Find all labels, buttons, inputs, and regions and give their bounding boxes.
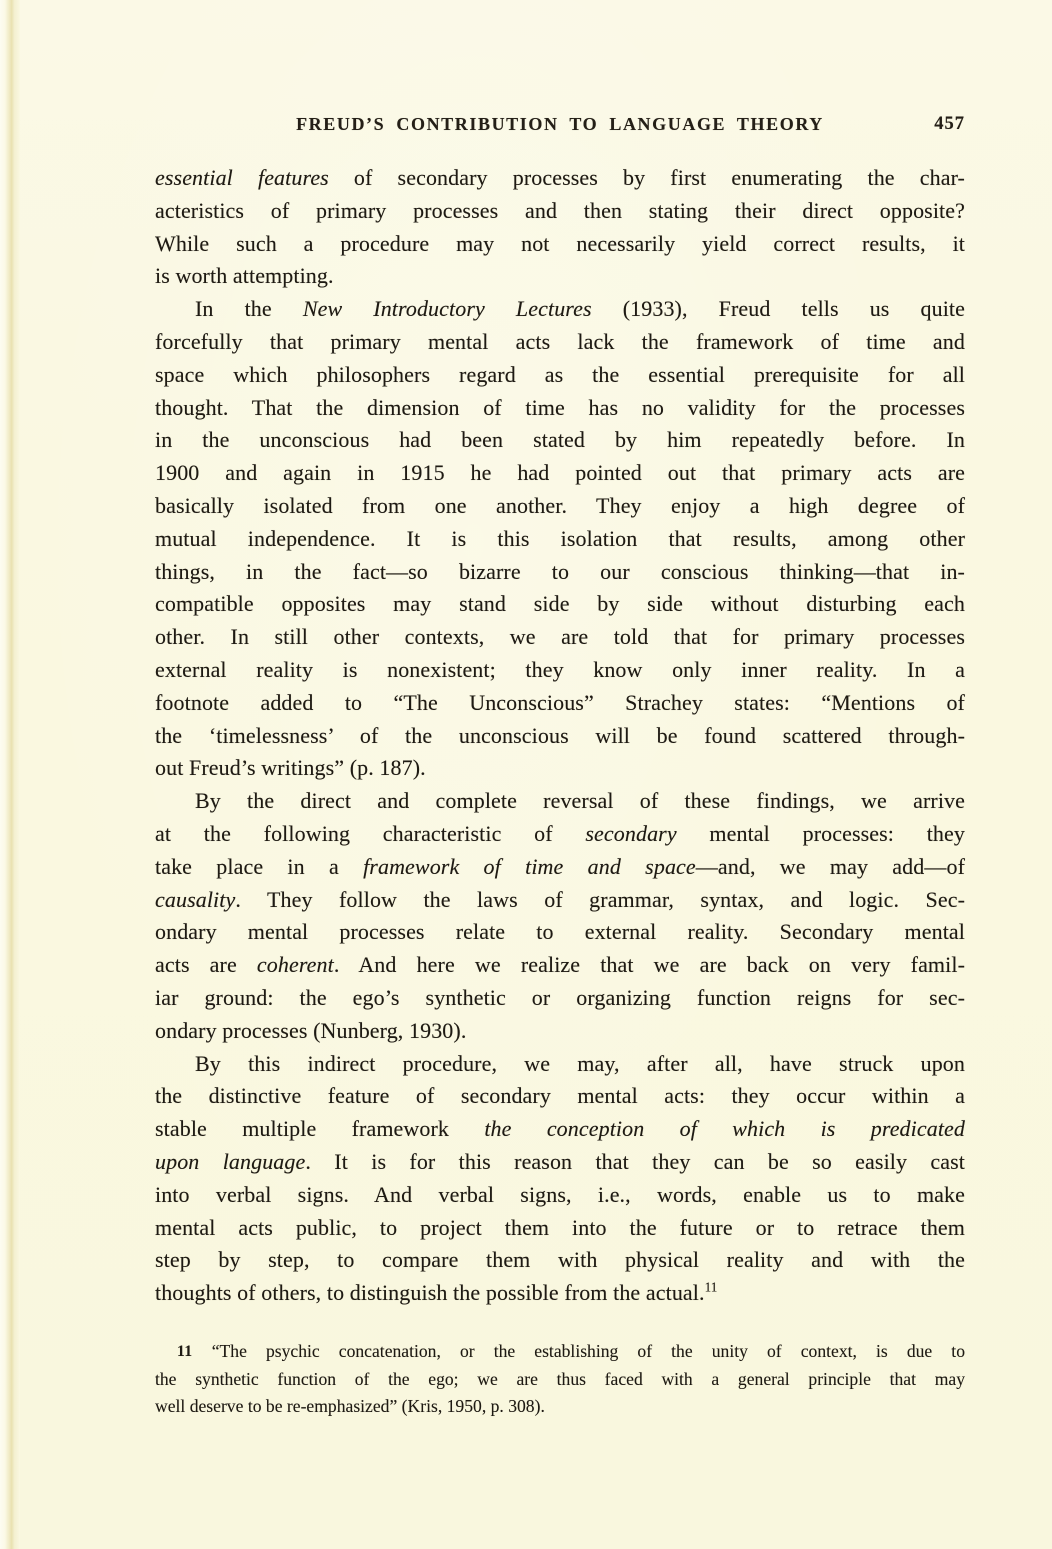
text-line: causality. They follow the laws of gramm… (155, 884, 965, 917)
text-segment: causality (155, 887, 235, 912)
text-segment: the conception of which is predicated (484, 1116, 965, 1141)
footnote-marker: 11 (177, 1343, 193, 1360)
scanned-book-page: { "page": { "header_title": "FREUD’S CON… (0, 0, 1052, 1549)
text-segment: of secondary processes by first enumerat… (329, 165, 965, 190)
text-line: forcefully that primary mental acts lack… (155, 326, 965, 359)
footnote-reference: 11 (705, 1280, 718, 1295)
text-segment: . They follow the laws of grammar, synta… (235, 887, 965, 912)
text-line: upon language. It is for this reason tha… (155, 1146, 965, 1179)
text-line: in the unconscious had been stated by hi… (155, 424, 965, 457)
text-segment: external reality is nonexistent; they kn… (155, 657, 965, 682)
text-segment: space which philosophers regard as the e… (155, 362, 965, 387)
text-line: footnote added to “The Unconscious” Stra… (155, 687, 965, 720)
text-line: the synthetic function of the ego; we ar… (155, 1366, 965, 1393)
text-segment: is worth attempting. (155, 263, 334, 288)
text-line: basically isolated from one another. The… (155, 490, 965, 523)
text-line: 11 “The psychic concatenation, or the es… (155, 1338, 965, 1366)
text-segment: forcefully that primary mental acts lack… (155, 329, 965, 354)
text-segment: the distinctive feature of secondary men… (155, 1083, 965, 1108)
footnote: 11 “The psychic concatenation, or the es… (155, 1338, 965, 1420)
text-line: step by step, to compare them with physi… (155, 1244, 965, 1277)
text-line: acts are coherent. And here we realize t… (155, 949, 965, 982)
text-line: By the direct and complete reversal of t… (155, 785, 965, 818)
text-segment: acts are (155, 952, 257, 977)
text-line: other. In still other contexts, we are t… (155, 621, 965, 654)
text-segment: thoughts of others, to distinguish the p… (155, 1280, 705, 1305)
text-segment: secondary (585, 821, 676, 846)
text-line: By this indirect procedure, we may, afte… (155, 1048, 965, 1081)
paragraph: In the New Introductory Lectures (1933),… (155, 293, 965, 785)
text-segment: upon language (155, 1149, 305, 1174)
text-line: out Freud’s writings” (p. 187). (155, 752, 965, 785)
text-segment: into verbal signs. And verbal signs, i.e… (155, 1182, 965, 1207)
text-line: thoughts of others, to distinguish the p… (155, 1277, 965, 1310)
text-segment: ondary processes (Nunberg, 1930). (155, 1018, 466, 1043)
text-segment: footnote added to “The Unconscious” Stra… (155, 690, 965, 715)
text-segment: essential features (155, 165, 329, 190)
text-segment: mental acts public, to project them into… (155, 1215, 965, 1240)
paragraph: By this indirect procedure, we may, afte… (155, 1048, 965, 1310)
text-segment: While such a procedure may not necessari… (155, 231, 965, 256)
text-segment: iar ground: the ego’s synthetic or organ… (155, 985, 965, 1010)
text-segment: New Introductory Lectures (303, 296, 592, 321)
text-line: take place in a framework of time and sp… (155, 851, 965, 884)
text-segment: out Freud’s writings” (p. 187). (155, 755, 426, 780)
text-segment: step by step, to compare them with physi… (155, 1247, 965, 1272)
text-segment: . It is for this reason that they can be… (305, 1149, 965, 1174)
text-line: mutual independence. It is this isolatio… (155, 523, 965, 556)
text-line: acteristics of primary processes and the… (155, 195, 965, 228)
text-line: well deserve to be re-emphasized” (Kris,… (155, 1393, 965, 1420)
text-line: ondary mental processes relate to extern… (155, 916, 965, 949)
text-line: In the New Introductory Lectures (1933),… (155, 293, 965, 326)
text-segment: at the following characteristic of (155, 821, 585, 846)
text-segment: other. In still other contexts, we are t… (155, 624, 965, 649)
text-segment: 1900 and again in 1915 he had pointed ou… (155, 460, 965, 485)
text-segment: things, in the fact—so bizarre to our co… (155, 559, 965, 584)
text-segment: basically isolated from one another. The… (155, 493, 965, 518)
paragraph: 11 “The psychic concatenation, or the es… (155, 1338, 965, 1420)
running-head-title: FREUD’S CONTRIBUTION TO LANGUAGE THEORY (155, 114, 965, 135)
text-line: 1900 and again in 1915 he had pointed ou… (155, 457, 965, 490)
scan-binding-edge (0, 0, 20, 1549)
text-segment: (1933), Freud tells us quite (592, 296, 965, 321)
text-segment: . And here we realize that we are back o… (334, 952, 965, 977)
text-segment: ondary mental processes relate to extern… (155, 919, 965, 944)
paragraph: essential features of secondary processe… (155, 162, 965, 293)
text-segment: in the unconscious had been stated by hi… (155, 427, 965, 452)
text-segment: take place in a (155, 854, 363, 879)
text-line: the distinctive feature of secondary men… (155, 1080, 965, 1113)
text-segment: “The psychic concatenation, or the estab… (193, 1341, 965, 1361)
body-text: essential features of secondary processe… (155, 162, 965, 1310)
text-line: into verbal signs. And verbal signs, i.e… (155, 1179, 965, 1212)
page-header: FREUD’S CONTRIBUTION TO LANGUAGE THEORY … (155, 114, 965, 140)
text-line: things, in the fact—so bizarre to our co… (155, 556, 965, 589)
text-segment: By the direct and complete reversal of t… (195, 788, 965, 813)
text-segment: By this indirect procedure, we may, afte… (195, 1051, 965, 1076)
text-line: the ‘timelessness’ of the unconscious wi… (155, 720, 965, 753)
text-segment: the ‘timelessness’ of the unconscious wi… (155, 723, 965, 748)
paragraph: By the direct and complete reversal of t… (155, 785, 965, 1047)
text-segment: the synthetic function of the ego; we ar… (155, 1369, 965, 1389)
text-line: mental acts public, to project them into… (155, 1212, 965, 1245)
text-segment: well deserve to be re-emphasized” (Kris,… (155, 1396, 545, 1416)
text-line: space which philosophers regard as the e… (155, 359, 965, 392)
text-line: thought. That the dimension of time has … (155, 392, 965, 425)
text-segment: thought. That the dimension of time has … (155, 395, 965, 420)
text-segment: framework of time and space (363, 854, 696, 879)
text-line: compatible opposites may stand side by s… (155, 588, 965, 621)
text-line: essential features of secondary processe… (155, 162, 965, 195)
text-segment: acteristics of primary processes and the… (155, 198, 965, 223)
text-line: iar ground: the ego’s synthetic or organ… (155, 982, 965, 1015)
text-line: While such a procedure may not necessari… (155, 228, 965, 261)
text-segment: —and, we may add—of (696, 854, 965, 879)
text-line: is worth attempting. (155, 260, 965, 293)
text-segment: stable multiple framework (155, 1116, 484, 1141)
page-number: 457 (934, 114, 965, 135)
text-line: stable multiple framework the conception… (155, 1113, 965, 1146)
text-segment: compatible opposites may stand side by s… (155, 591, 965, 616)
text-segment: mutual independence. It is this isolatio… (155, 526, 965, 551)
text-line: external reality is nonexistent; they kn… (155, 654, 965, 687)
text-segment: In the (195, 296, 303, 321)
text-line: ondary processes (Nunberg, 1930). (155, 1015, 965, 1048)
text-segment: mental processes: they (677, 821, 965, 846)
text-segment: coherent (257, 952, 334, 977)
text-line: at the following characteristic of secon… (155, 818, 965, 851)
